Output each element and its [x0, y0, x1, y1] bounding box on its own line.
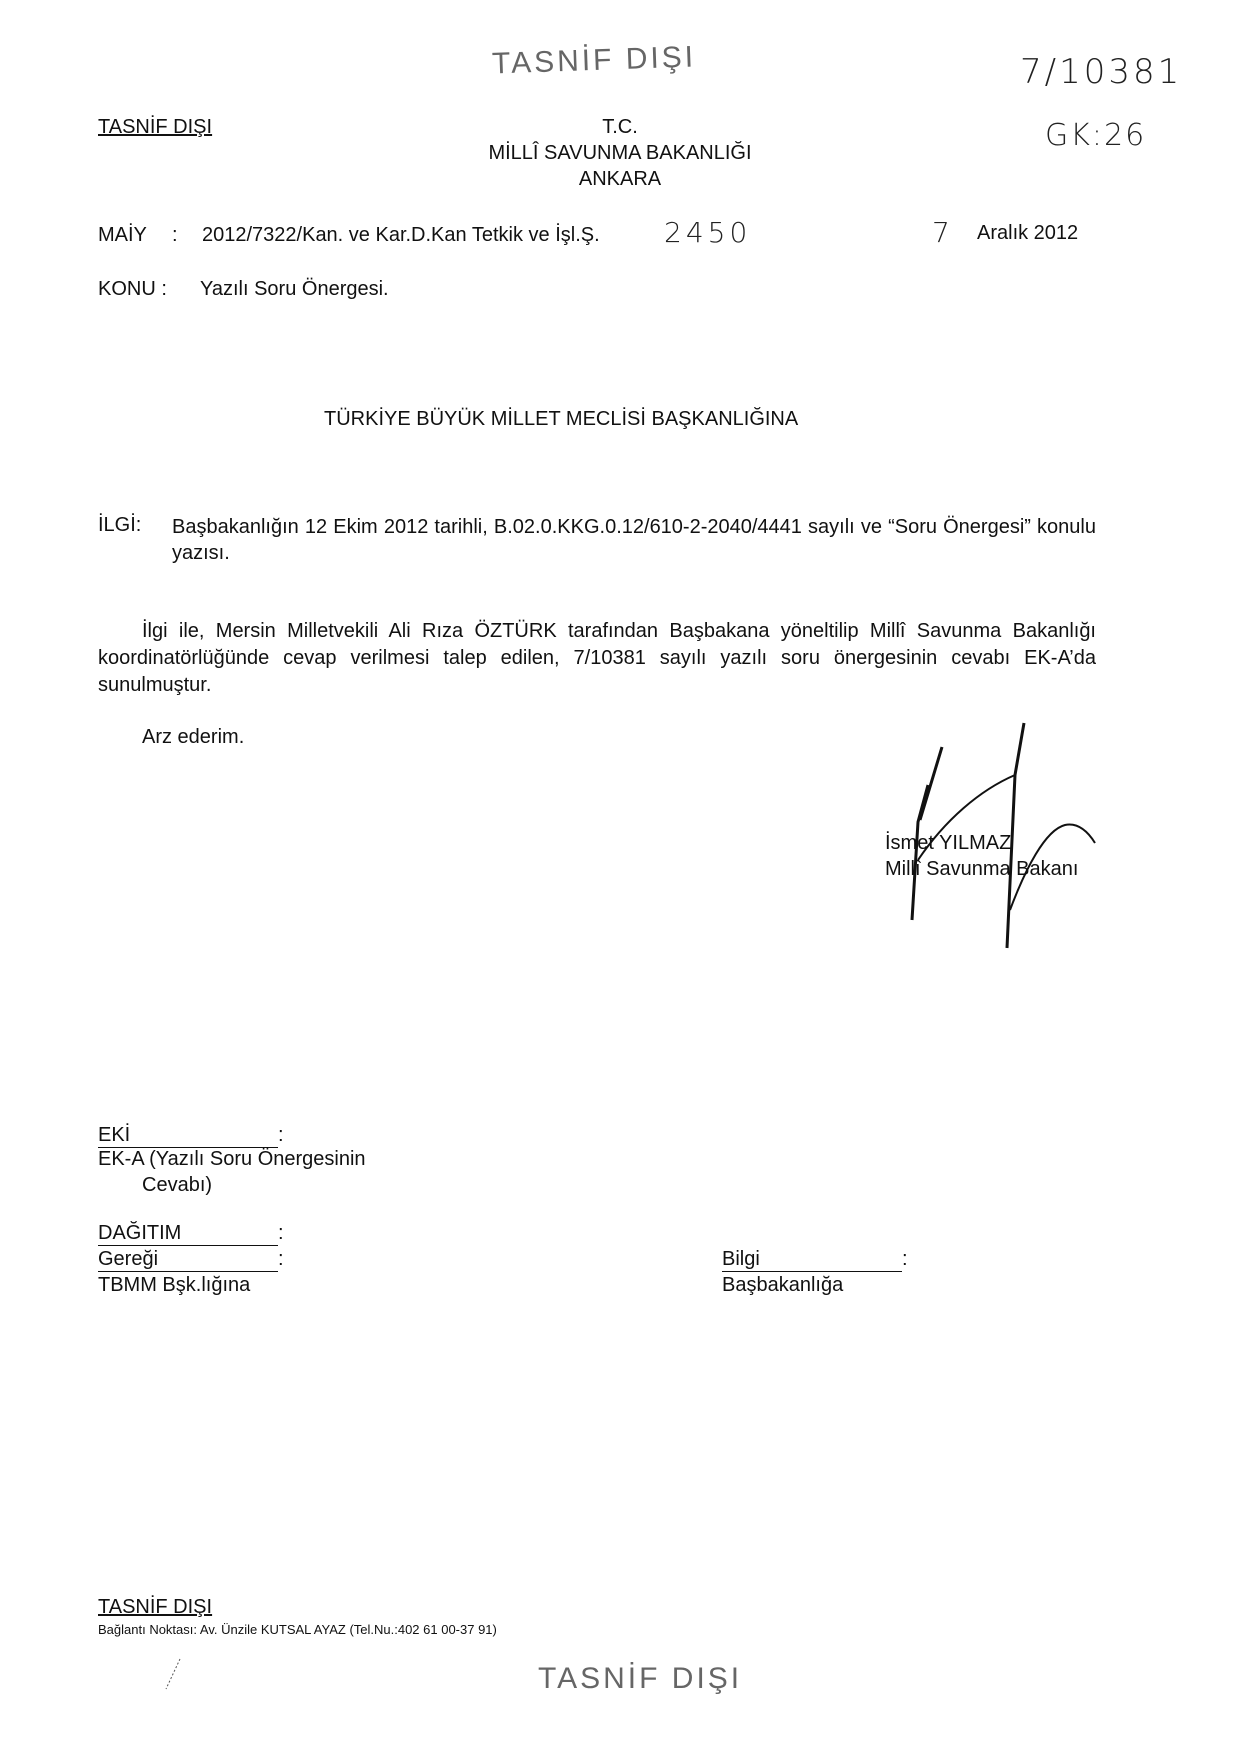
- ilgi-label: İLGİ:: [98, 514, 141, 537]
- distribution-colon: :: [278, 1222, 284, 1244]
- distribution-info-header: Bilgi:: [722, 1248, 908, 1272]
- handwritten-day: 7: [932, 216, 950, 249]
- subject-value: Yazılı Soru Önergesi.: [200, 278, 389, 301]
- attachment-item-line2: Cevabı): [142, 1174, 212, 1197]
- document-date: Aralık 2012: [977, 222, 1078, 245]
- classification-stamp-bottom: TASNİF DIŞI: [538, 1662, 742, 1696]
- footer-contact: Bağlantı Noktası: Av. Ünzile KUTSAL AYAZ…: [98, 1622, 497, 1637]
- letterhead: T.C. MİLLÎ SAVUNMA BAKANLIĞI ANKARA: [420, 114, 820, 192]
- handwritten-file-number: 7/10381: [1020, 52, 1182, 92]
- addressee: TÜRKİYE BÜYÜK MİLLET MECLİSİ BAŞKANLIĞIN…: [324, 408, 798, 431]
- ilgi-text: Başbakanlığın 12 Ekim 2012 tarihli, B.02…: [172, 514, 1096, 566]
- reference-label: MAİY: [98, 224, 147, 247]
- letterhead-ministry: MİLLÎ SAVUNMA BAKANLIĞI: [420, 140, 820, 166]
- distribution-action-header: Gereği:: [98, 1248, 284, 1272]
- subject-label: KONU :: [98, 278, 167, 301]
- classification-stamp-top: TASNİF DIŞI: [491, 40, 696, 81]
- signatory-name: İsmet YILMAZ: [885, 832, 1011, 855]
- classification-label: TASNİF DIŞI: [98, 116, 212, 139]
- handwritten-sequence-number: 2450: [664, 216, 751, 249]
- attachments-label: EKİ: [98, 1124, 278, 1148]
- footer-classification: TASNİF DIŞI: [98, 1596, 212, 1619]
- handwritten-code: GK:26: [1045, 118, 1146, 153]
- distribution-info-recipient: Başbakanlığa: [722, 1274, 843, 1297]
- distribution-header: DAĞITIM:: [98, 1222, 284, 1246]
- attachments-colon: :: [278, 1124, 284, 1146]
- attachments-header: EKİ:: [98, 1124, 284, 1148]
- stray-mark: [160, 1655, 190, 1695]
- body-paragraph: İlgi ile, Mersin Milletvekili Ali Rıza Ö…: [98, 618, 1096, 699]
- closing-phrase: Arz ederim.: [142, 726, 244, 749]
- signatory-title: Millî Savunma Bakanı: [885, 858, 1078, 881]
- distribution-label: DAĞITIM: [98, 1222, 278, 1246]
- distribution-action-label: Gereği: [98, 1248, 278, 1272]
- reference-number: 2012/7322/Kan. ve Kar.D.Kan Tetkik ve İş…: [202, 224, 600, 247]
- distribution-info-label: Bilgi: [722, 1248, 902, 1272]
- letterhead-city: ANKARA: [420, 166, 820, 192]
- distribution-info-colon: :: [902, 1248, 908, 1270]
- distribution-action-recipient: TBMM Bşk.lığına: [98, 1274, 250, 1297]
- letterhead-country: T.C.: [420, 114, 820, 140]
- reference-separator: :: [172, 224, 178, 247]
- distribution-action-colon: :: [278, 1248, 284, 1270]
- attachment-item-line1: EK-A (Yazılı Soru Önergesinin: [98, 1148, 366, 1171]
